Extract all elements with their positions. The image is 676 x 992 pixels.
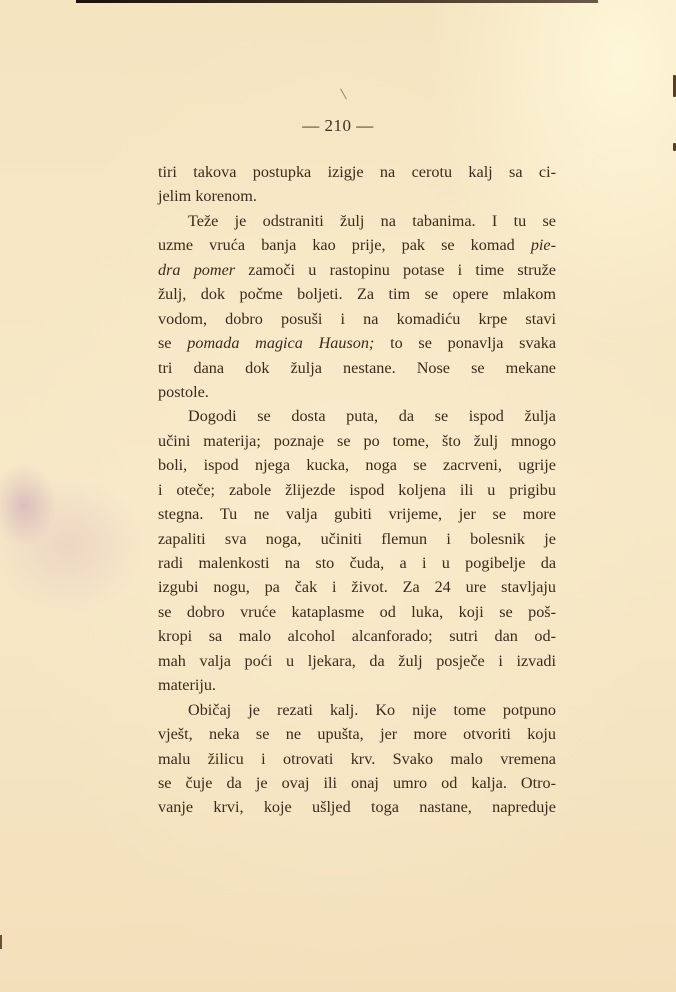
text-line: se dobro vruće kataplasme od luka, koji …	[158, 600, 556, 624]
text-line: tri dana dok žulja nestane. Nose se meka…	[158, 356, 556, 380]
text-line: materiju.	[158, 673, 556, 697]
text-line: postole.	[158, 380, 556, 404]
text-segment: žulj, dok počme boljeti. Za tim se opere…	[158, 285, 556, 303]
text-segment: vodom, dobro posuši i na komadiću krpe s…	[158, 310, 556, 328]
text-line: uzme vruća banja kao prije, pak se komad…	[158, 233, 556, 257]
text-segment: izgubi nogu, pa čak i život. Za 24 ure s…	[158, 578, 556, 596]
text-line: Dogodi se dosta puta, da se ispod žulja	[158, 404, 556, 428]
text-segment: jelim korenom.	[158, 187, 257, 205]
text-segment: mah valja poći u ljekara, da žulj posječ…	[158, 652, 556, 670]
text-segment: kropi sa malo alcohol alcanforado; sutri…	[158, 627, 556, 645]
text-line: dra pomer zamoči u rastopinu potase i ti…	[158, 258, 556, 282]
text-segment: uzme vruća banja kao prije, pak se komad	[158, 236, 531, 254]
text-segment: Teže je odstraniti žulj na tabanima. I t…	[188, 212, 556, 230]
italic-term: dra pomer	[158, 261, 235, 279]
text-segment: malu žilicu i otrovati krv. Svako malo v…	[158, 750, 556, 768]
text-line: se čuje da je ovaj ili onaj umro od kalj…	[158, 771, 556, 795]
text-segment: Dogodi se dosta puta, da se ispod žulja	[188, 407, 556, 425]
text-segment: stegna. Tu ne valja gubiti vrijeme, jer …	[158, 505, 556, 523]
text-line: kropi sa malo alcohol alcanforado; sutri…	[158, 624, 556, 648]
text-segment: i oteče; zabole žlijezde ispod koljena i…	[158, 481, 556, 499]
italic-term: pie-	[531, 236, 556, 254]
text-segment: vanje krvi, koje ušljed toga nastane, na…	[158, 798, 556, 816]
text-line: Običaj je rezati kalj. Ko nije tome potp…	[158, 698, 556, 722]
text-line: vanje krvi, koje ušljed toga nastane, na…	[158, 795, 556, 819]
text-line: se pomada magica Hauson; to se ponavlja …	[158, 331, 556, 355]
text-segment: se dobro vruće kataplasme od luka, koji …	[158, 603, 556, 621]
page-top-edge-band	[76, 0, 598, 3]
text-line: izgubi nogu, pa čak i život. Za 24 ure s…	[158, 575, 556, 599]
text-segment: to se ponavlja svaka	[374, 334, 556, 352]
text-line: boli, ispod njega kucka, noga se zacrven…	[158, 453, 556, 477]
text-segment: zamoči u rastopinu potase i time struže	[235, 261, 556, 279]
text-line: radi malenkosti na sto čuda, a i u pogib…	[158, 551, 556, 575]
text-line: i oteče; zabole žlijezde ispod koljena i…	[158, 478, 556, 502]
text-segment: učini materija; poznaje se po tome, što …	[158, 432, 556, 450]
paper-stain	[0, 460, 60, 550]
italic-term: pomada magica Hauson;	[187, 334, 374, 352]
text-segment: tiri takova postupka izigje na cerotu ka…	[158, 163, 556, 181]
text-line: mah valja poći u ljekara, da žulj posječ…	[158, 649, 556, 673]
page-number: — 210 —	[0, 116, 676, 136]
text-line: tiri takova postupka izigje na cerotu ka…	[158, 160, 556, 184]
page-edge-mark	[0, 935, 2, 949]
text-line: vodom, dobro posuši i na komadiću krpe s…	[158, 307, 556, 331]
text-segment: vješt, neka se ne upušta, jer more otvor…	[158, 725, 556, 743]
body-text: tiri takova postupka izigje na cerotu ka…	[158, 160, 556, 820]
text-segment: se	[158, 334, 187, 352]
text-line: malu žilicu i otrovati krv. Svako malo v…	[158, 747, 556, 771]
text-line: vješt, neka se ne upušta, jer more otvor…	[158, 722, 556, 746]
pencil-mark	[340, 89, 347, 100]
text-segment: boli, ispod njega kucka, noga se zacrven…	[158, 456, 556, 474]
text-segment: postole.	[158, 383, 209, 401]
text-segment: se čuje da je ovaj ili onaj umro od kalj…	[158, 774, 556, 792]
text-line: žulj, dok počme boljeti. Za tim se opere…	[158, 282, 556, 306]
text-line: jelim korenom.	[158, 184, 556, 208]
text-segment: materiju.	[158, 676, 216, 694]
text-line: učini materija; poznaje se po tome, što …	[158, 429, 556, 453]
text-line: Teže je odstraniti žulj na tabanima. I t…	[158, 209, 556, 233]
text-line: zapaliti sva noga, učiniti flemun i bole…	[158, 527, 556, 551]
text-segment: zapaliti sva noga, učiniti flemun i bole…	[158, 530, 556, 548]
text-segment: Običaj je rezati kalj. Ko nije tome potp…	[188, 701, 556, 719]
text-line: stegna. Tu ne valja gubiti vrijeme, jer …	[158, 502, 556, 526]
text-segment: radi malenkosti na sto čuda, a i u pogib…	[158, 554, 556, 572]
text-segment: tri dana dok žulja nestane. Nose se meka…	[158, 359, 556, 377]
